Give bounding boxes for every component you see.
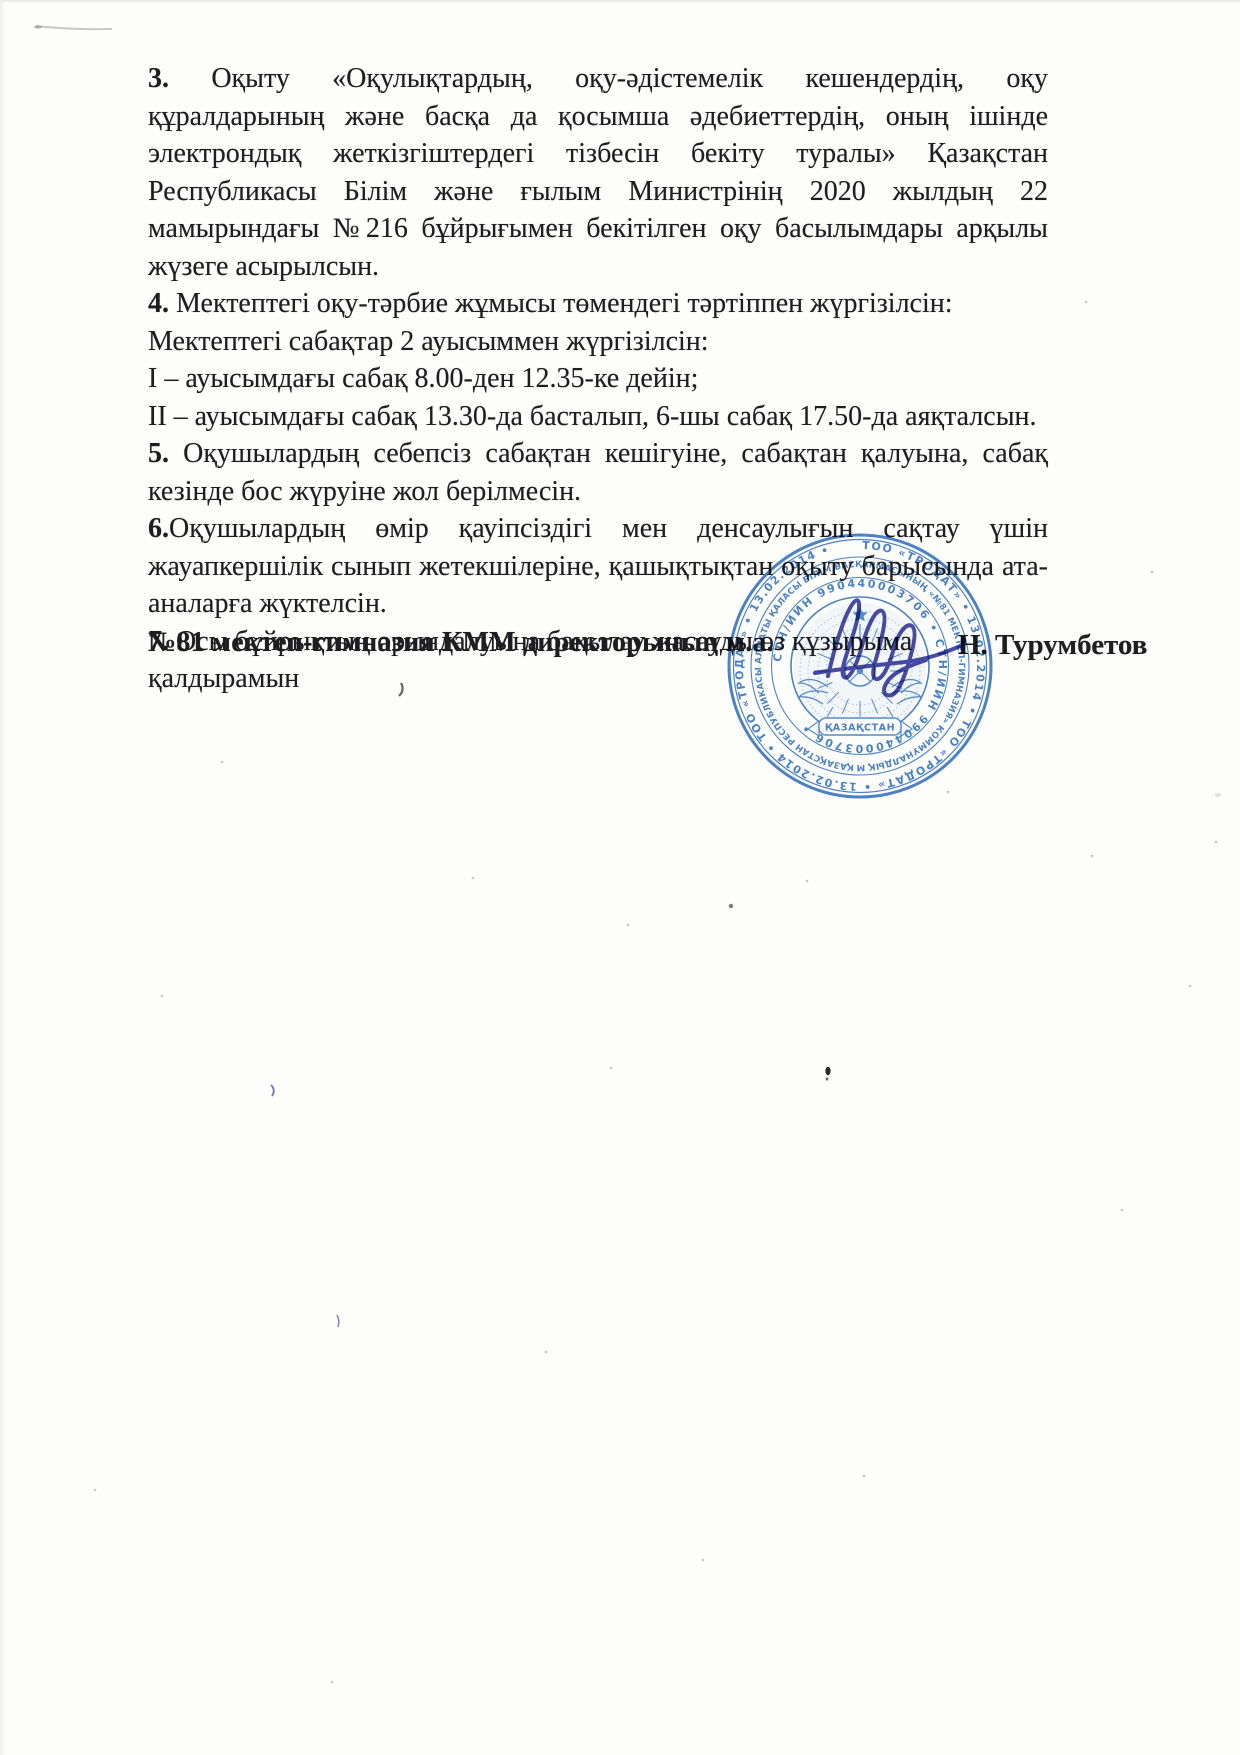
paragraph-text: II – ауысымдағы сабақ 13.30-да басталып,… — [148, 401, 1037, 432]
signature-strokes — [815, 600, 964, 695]
paragraph-3: 3. Оқыту «Оқулықтардың, оқу-әдістемелік … — [148, 60, 1048, 285]
paragraph-number: 5. — [148, 438, 169, 469]
paragraph-number: 3. — [148, 63, 169, 94]
paragraph-5: 5. Оқушылардың себепсіз сабақтан кешігуі… — [148, 435, 1048, 510]
page-edge-shading-left — [0, 0, 5, 1755]
handwritten-signature — [800, 580, 975, 710]
emblem-banner: ҚАЗАҚСТАН — [808, 718, 912, 736]
paragraph-text: I – ауысымдағы сабақ 8.00-ден 12.35-ке д… — [148, 363, 698, 394]
paragraph-text: Оқушылардың себепсіз сабақтан кешігуіне,… — [148, 438, 1048, 507]
paragraph-shift-2: II – ауысымдағы сабақ 13.30-да басталып,… — [148, 398, 1048, 436]
page-edge-shading-top — [0, 0, 1240, 3]
paragraph-shift-1: I – ауысымдағы сабақ 8.00-ден 12.35-ке д… — [148, 360, 1048, 398]
paragraph-text: Оқыту «Оқулықтардың, оқу-әдістемелік кеш… — [148, 63, 1048, 282]
paragraph-text: Мектептегі оқу-тәрбие жұмысы төмендегі т… — [169, 288, 953, 319]
paragraph-number: 4. — [148, 288, 169, 319]
stamp-banner-text: ҚАЗАҚСТАН — [825, 723, 895, 734]
paragraph-text: Мектептегі сабақтар 2 ауысыммен жүргізіл… — [148, 326, 709, 357]
scanned-document-page: 3. Оқыту «Оқулықтардың, оқу-әдістемелік … — [0, 0, 1240, 1755]
paragraph-4: 4. Мектептегі оқу-тәрбие жұмысы төмендег… — [148, 285, 1048, 323]
paragraph-number: 6. — [148, 513, 169, 544]
signature-line-label: №81 мектеп-гимназия КММ директорының м.а… — [148, 627, 774, 659]
paragraph-shifts: Мектептегі сабақтар 2 ауысыммен жүргізіл… — [148, 323, 1048, 361]
